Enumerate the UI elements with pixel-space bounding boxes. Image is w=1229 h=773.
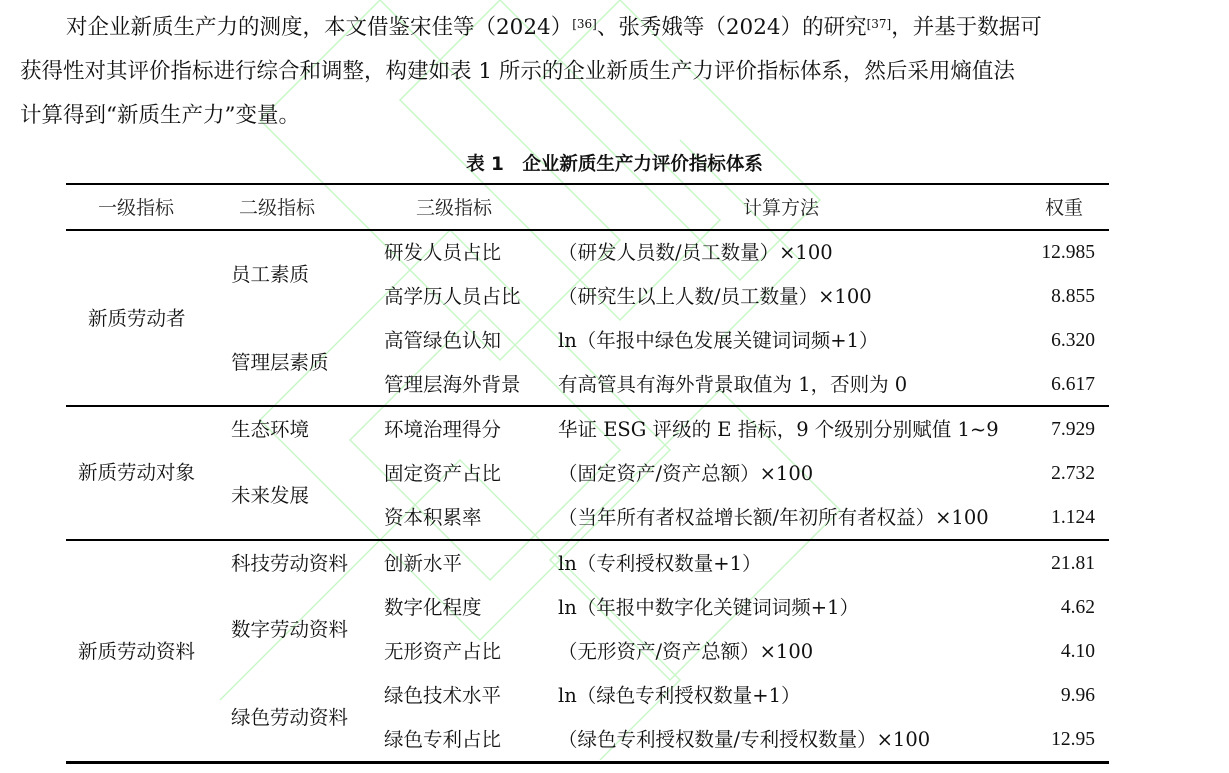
citation-37[interactable]: [37] bbox=[867, 17, 892, 31]
method-cell: ln（年报中绿色发展关键词词频+1） bbox=[558, 329, 879, 353]
text-span: ，并基于数据可 bbox=[891, 15, 1042, 40]
weight-cell: 7.929 bbox=[1051, 418, 1095, 442]
header-method: 计算方法 bbox=[743, 196, 819, 220]
level2-cell: 管理层素质 bbox=[231, 351, 329, 375]
paragraph-line-2: 获得性对其评价指标进行综合和调整，构建如表 1 所示的企业新质生产力评价指标体系… bbox=[20, 50, 1210, 94]
weight-cell: 12.985 bbox=[1041, 241, 1095, 265]
method-cell: （无形资产/资产总额）×100 bbox=[558, 640, 813, 664]
method-cell: （固定资产/资产总额）×100 bbox=[558, 462, 813, 486]
level3-cell: 绿色专利占比 bbox=[384, 728, 501, 752]
header-level3: 三级指标 bbox=[416, 196, 492, 220]
weight-cell: 2.732 bbox=[1051, 462, 1095, 486]
weight-cell: 1.124 bbox=[1051, 506, 1095, 530]
group-divider bbox=[66, 539, 1109, 541]
method-cell: ln（年报中数字化关键词词频+1） bbox=[558, 596, 859, 620]
level3-cell: 管理层海外背景 bbox=[384, 373, 521, 397]
paragraph-line-3: 计算得到“新质生产力”变量。 bbox=[20, 94, 1210, 138]
level3-cell: 高管绿色认知 bbox=[384, 329, 501, 353]
method-cell: ln（绿色专利授权数量+1） bbox=[558, 684, 801, 708]
level2-cell: 未来发展 bbox=[231, 484, 309, 508]
text-span: 对企业新质生产力的测度，本文借鉴宋佳等（2024） bbox=[66, 15, 572, 40]
method-cell: （研发人员数/员工数量）×100 bbox=[558, 241, 833, 265]
weight-cell: 6.320 bbox=[1051, 329, 1095, 353]
header-level1: 一级指标 bbox=[98, 196, 174, 220]
level2-cell: 绿色劳动资料 bbox=[231, 706, 348, 730]
weight-cell: 21.81 bbox=[1051, 552, 1095, 576]
level1-cell: 新质劳动对象 bbox=[78, 461, 195, 485]
body-paragraph: 对企业新质生产力的测度，本文借鉴宋佳等（2024）[36]、张秀娥等（2024）… bbox=[20, 6, 1210, 138]
group-divider bbox=[66, 405, 1109, 407]
table-bottom-rule bbox=[66, 761, 1109, 764]
level1-cell: 新质劳动资料 bbox=[78, 640, 195, 664]
method-cell: （当年所有者权益增长额/年初所有者权益）×100 bbox=[558, 506, 989, 530]
method-cell: 华证 ESG 评级的 E 指标，9 个级别分别赋值 1~9 bbox=[558, 418, 999, 442]
paragraph-line-1: 对企业新质生产力的测度，本文借鉴宋佳等（2024）[36]、张秀娥等（2024）… bbox=[20, 6, 1210, 50]
level3-cell: 无形资产占比 bbox=[384, 640, 501, 664]
header-rule bbox=[66, 229, 1109, 231]
level3-cell: 数字化程度 bbox=[384, 596, 482, 620]
weight-cell: 4.62 bbox=[1061, 596, 1095, 620]
citation-36[interactable]: [36] bbox=[572, 17, 597, 31]
level3-cell: 环境治理得分 bbox=[384, 418, 501, 442]
method-cell: （研究生以上人数/员工数量）×100 bbox=[558, 285, 872, 309]
level3-cell: 绿色技术水平 bbox=[384, 684, 501, 708]
header-weight: 权重 bbox=[1045, 196, 1083, 220]
table-caption: 表 1 企业新质生产力评价指标体系 bbox=[0, 150, 1229, 176]
weight-cell: 12.95 bbox=[1051, 728, 1095, 752]
weight-cell: 8.855 bbox=[1051, 285, 1095, 309]
method-cell: ln（专利授权数量+1） bbox=[558, 552, 762, 576]
method-cell: （绿色专利授权数量/专利授权数量）×100 bbox=[558, 728, 930, 752]
level2-cell: 数字劳动资料 bbox=[231, 618, 348, 642]
level2-cell: 科技劳动资料 bbox=[231, 552, 348, 576]
level2-cell: 生态环境 bbox=[231, 418, 309, 442]
level3-cell: 研发人员占比 bbox=[384, 241, 501, 265]
weight-cell: 6.617 bbox=[1051, 373, 1095, 397]
table-top-rule bbox=[66, 183, 1109, 185]
method-cell: 有高管具有海外背景取值为 1，否则为 0 bbox=[558, 373, 907, 397]
weight-cell: 9.96 bbox=[1061, 684, 1095, 708]
level1-cell: 新质劳动者 bbox=[88, 307, 186, 331]
header-level2: 二级指标 bbox=[239, 196, 315, 220]
level3-cell: 固定资产占比 bbox=[384, 462, 501, 486]
level3-cell: 创新水平 bbox=[384, 552, 462, 576]
level3-cell: 高学历人员占比 bbox=[384, 285, 521, 309]
level2-cell: 员工素质 bbox=[231, 263, 309, 287]
level3-cell: 资本积累率 bbox=[384, 506, 482, 530]
text-span: 、张秀娥等（2024）的研究 bbox=[597, 15, 867, 40]
weight-cell: 4.10 bbox=[1061, 640, 1095, 664]
